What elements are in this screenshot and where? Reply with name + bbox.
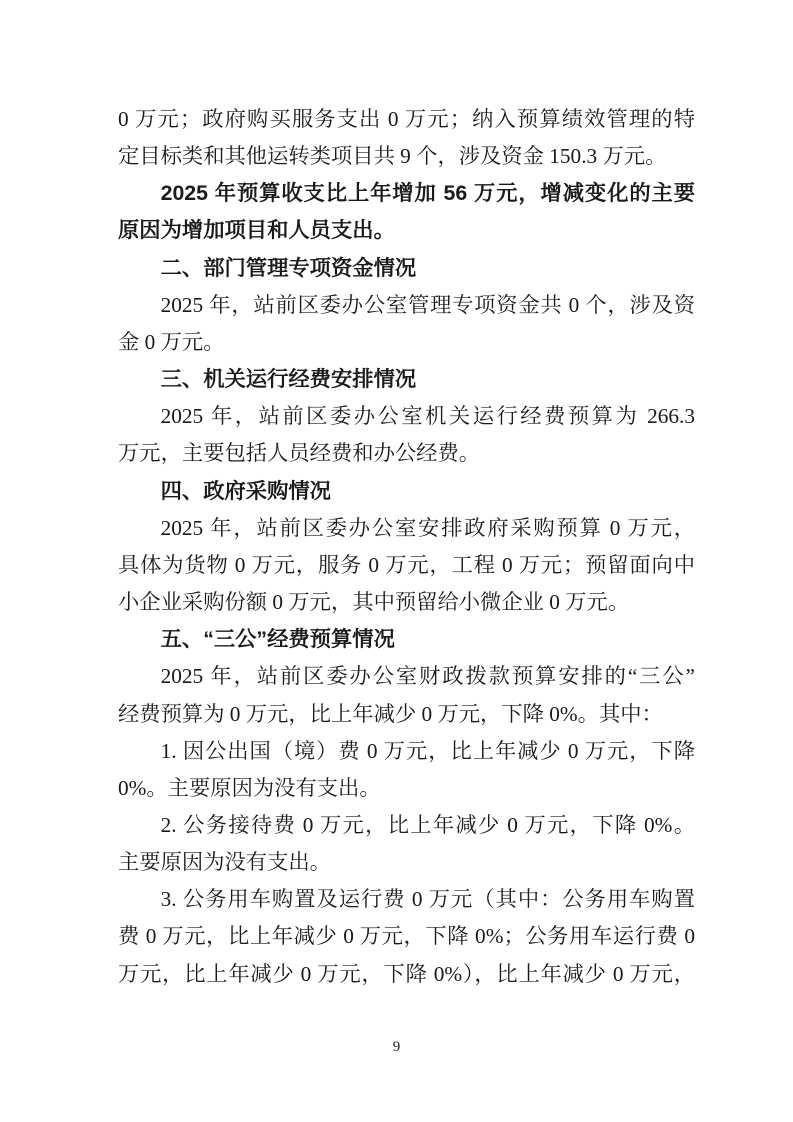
- emphasis-text-line: 2025 年预算收支比上年增加 56 万元，增减变化的主要: [118, 175, 695, 212]
- body-text-line: 费 0 万元，比上年减少 0 万元，下降 0%；公务用车运行费 0: [118, 918, 695, 955]
- body-text-line: 1. 因公出国（境）费 0 万元，比上年减少 0 万元，下降: [118, 733, 695, 770]
- body-text-line: 2025 年，站前区委办公室安排政府采购预算 0 万元，: [118, 510, 695, 547]
- emphasis-text-line: 原因为增加项目和人员支出。: [118, 212, 695, 249]
- section-heading-3: 三、机关运行经费安排情况: [118, 361, 695, 398]
- body-text-line: 2025 年，站前区委办公室财政拨款预算安排的“三公”: [118, 658, 695, 695]
- section-heading-4: 四、政府采购情况: [118, 473, 695, 510]
- body-text-line: 具体为货物 0 万元，服务 0 万元，工程 0 万元；预留面向中: [118, 547, 695, 584]
- body-text-line: 0 万元；政府购买服务支出 0 万元；纳入预算绩效管理的特: [118, 101, 695, 138]
- body-text-line: 3. 公务用车购置及运行费 0 万元（其中：公务用车购置: [118, 881, 695, 918]
- document-body: 0 万元；政府购买服务支出 0 万元；纳入预算绩效管理的特 定目标类和其他运转类…: [118, 101, 695, 993]
- body-text-line: 2025 年，站前区委办公室管理专项资金共 0 个，涉及资: [118, 287, 695, 324]
- body-text-line: 金 0 万元。: [118, 324, 695, 361]
- section-heading-2: 二、部门管理专项资金情况: [118, 250, 695, 287]
- body-text-line: 经费预算为 0 万元，比上年减少 0 万元，下降 0%。其中：: [118, 696, 695, 733]
- body-text-line: 万元，比上年减少 0 万元，下降 0%），比上年减少 0 万元，: [118, 956, 695, 993]
- section-heading-5: 五、“三公”经费预算情况: [118, 621, 695, 658]
- body-text-line: 小企业采购份额 0 万元，其中预留给小微企业 0 万元。: [118, 584, 695, 621]
- body-text-line: 0%。主要原因为没有支出。: [118, 770, 695, 807]
- body-text-line: 万元，主要包括人员经费和办公经费。: [118, 435, 695, 472]
- document-page: 0 万元；政府购买服务支出 0 万元；纳入预算绩效管理的特 定目标类和其他运转类…: [0, 0, 793, 1122]
- body-text-line: 定目标类和其他运转类项目共 9 个，涉及资金 150.3 万元。: [118, 138, 695, 175]
- page-number: 9: [0, 1036, 793, 1058]
- body-text-line: 主要原因为没有支出。: [118, 844, 695, 881]
- body-text-line: 2025 年，站前区委办公室机关运行经费预算为 266.3: [118, 398, 695, 435]
- body-text-line: 2. 公务接待费 0 万元，比上年减少 0 万元，下降 0%。: [118, 807, 695, 844]
